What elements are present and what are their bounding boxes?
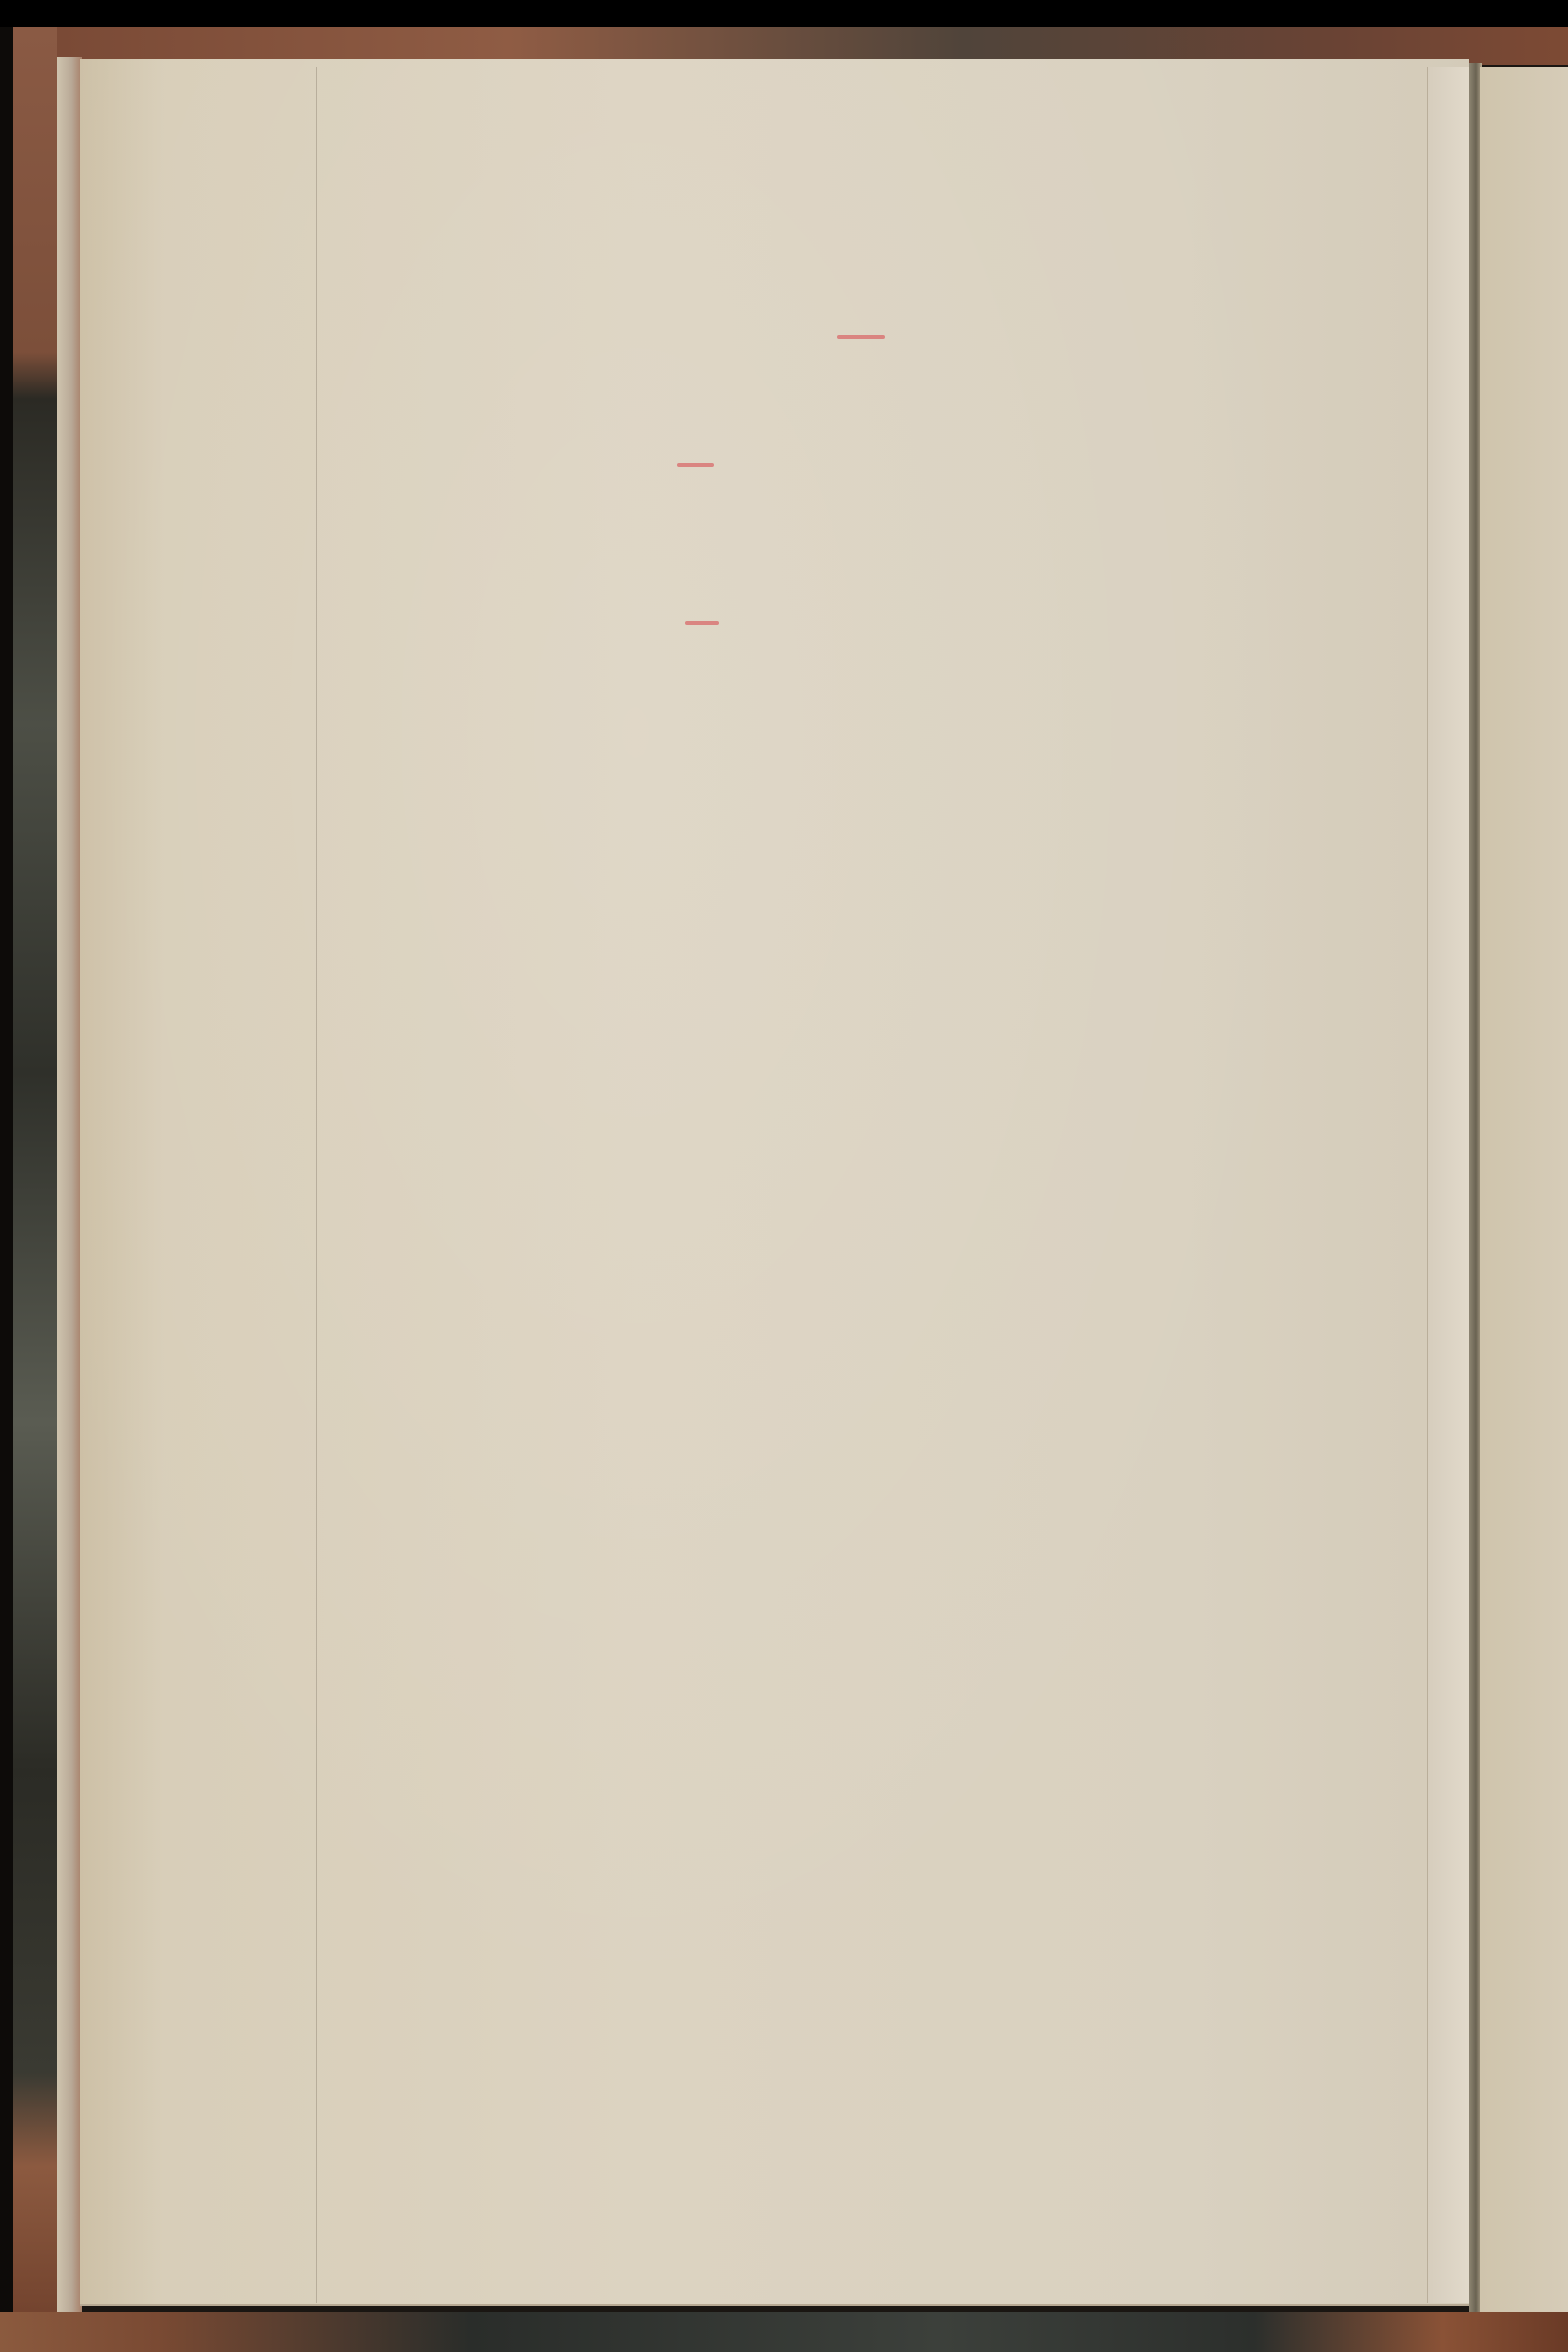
register-page <box>80 59 1469 2306</box>
register-year <box>128 57 140 119</box>
window-title-bar <box>0 0 1568 27</box>
red-underline-mark <box>685 621 719 625</box>
page-edge <box>57 57 82 2312</box>
book-cover-bottom <box>0 2312 1568 2352</box>
margin-rule <box>316 67 317 2303</box>
red-underline-mark <box>837 335 885 339</box>
red-underline-mark <box>677 463 714 467</box>
facing-page <box>1480 67 1568 2312</box>
page-right-margin <box>1427 67 1470 2303</box>
